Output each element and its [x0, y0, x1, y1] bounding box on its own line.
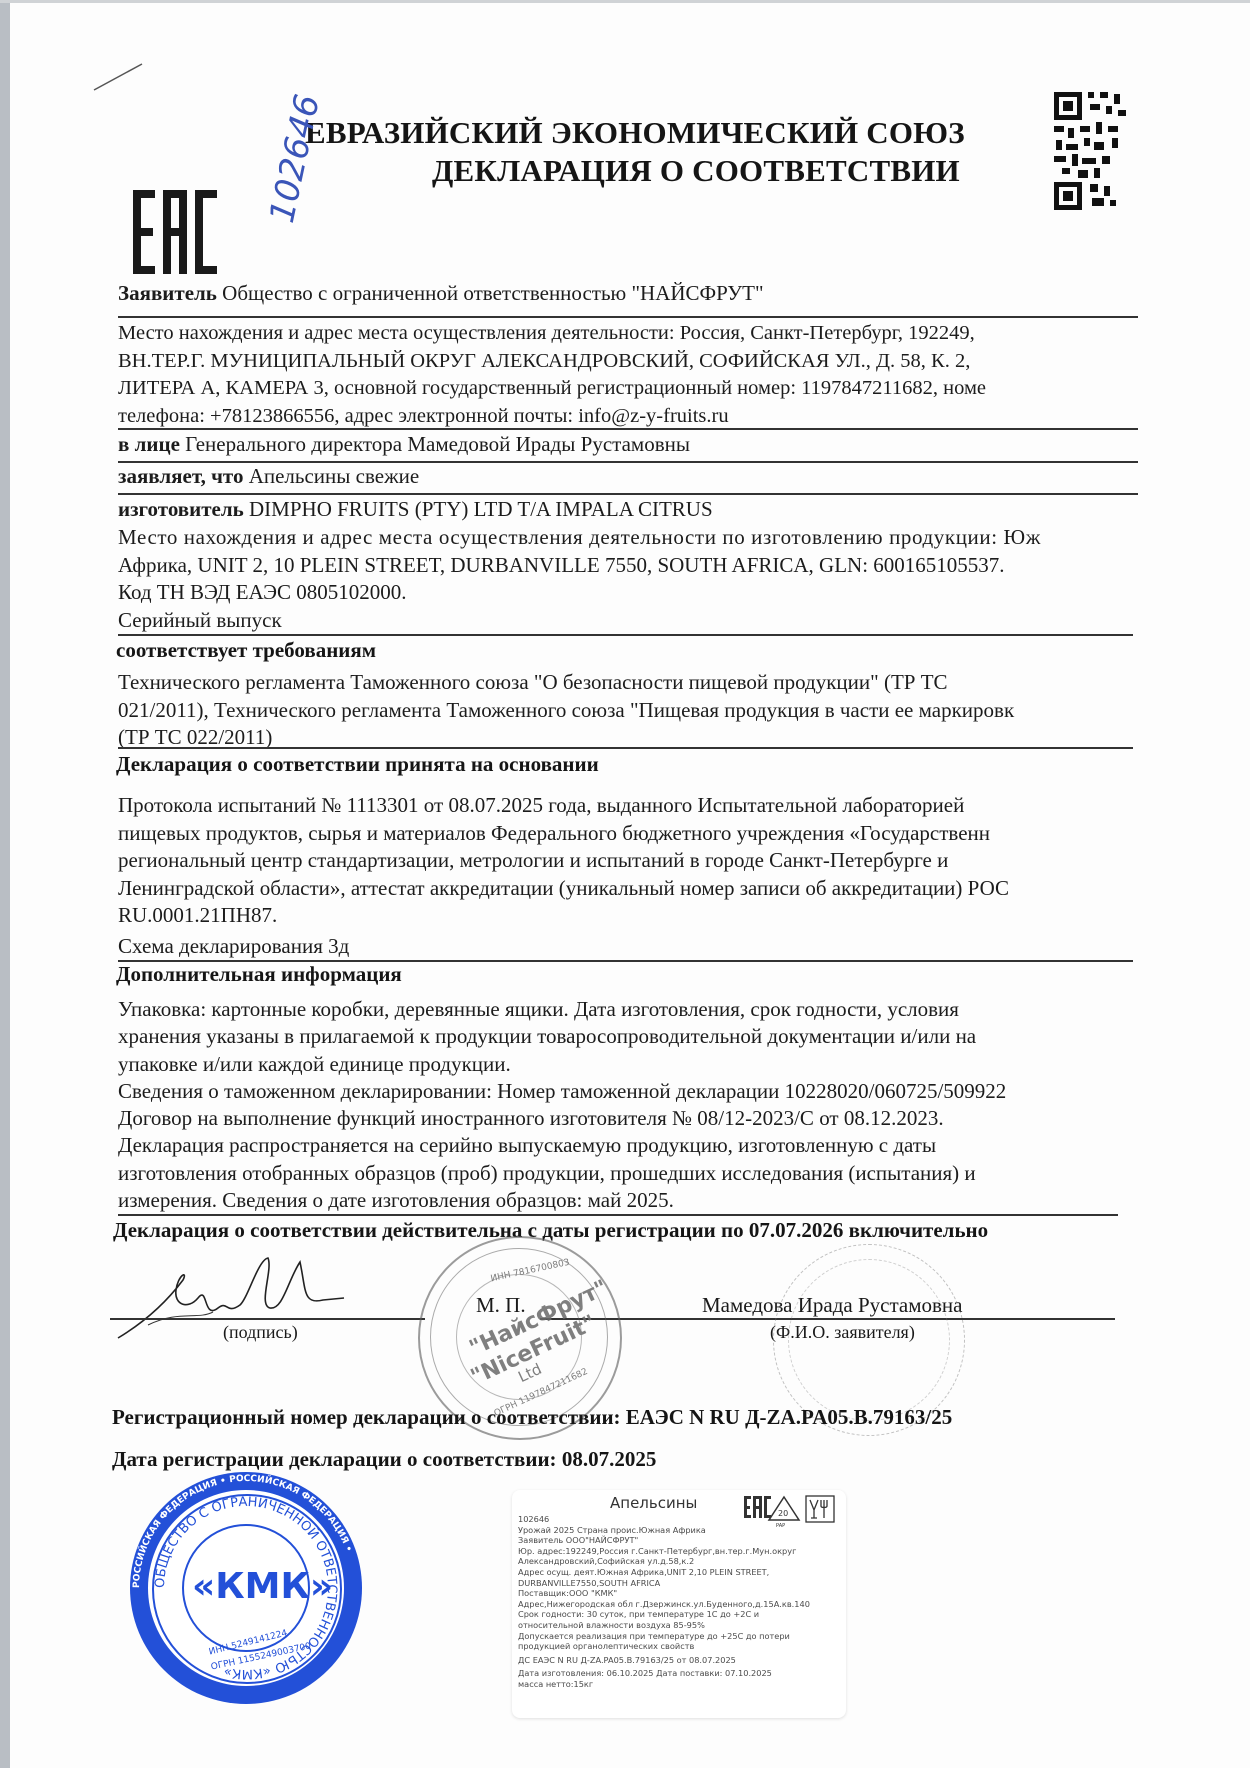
represented-by-value: Генерального директора Мамедовой Ирады Р…	[185, 432, 690, 456]
divider	[118, 428, 1138, 430]
product-label-lines: 102646 Урожай 2025 Страна проис.Южная Аф…	[512, 1514, 810, 1690]
registration-date: 08.07.2025	[562, 1447, 657, 1471]
validity-statement: Декларация о соответствии действительна …	[113, 1218, 988, 1243]
compliance-regulations: Технического регламента Таможенного союз…	[118, 669, 1014, 752]
divider	[118, 493, 1138, 495]
applicant-label: Заявитель	[118, 281, 217, 305]
signature-caption: (подпись)	[223, 1322, 298, 1343]
signature-line	[110, 1318, 425, 1320]
applicant-value: Общество с ограниченной ответственностью…	[222, 281, 763, 305]
registration-date-row: Дата регистрации декларации о соответств…	[112, 1447, 656, 1472]
registration-number-label: Регистрационный номер декларации о соотв…	[112, 1405, 621, 1429]
additional-info-text: Упаковка: картонные коробки, деревянные …	[118, 996, 1006, 1214]
release-type: Серийный выпуск	[118, 607, 282, 634]
header-union-title: ЕВРАЗИЙСКИЙ ЭКОНОМИЧЕСКИЙ СОЮЗ	[305, 115, 965, 151]
represented-by-row: в лице Генерального директора Мамедовой …	[118, 431, 690, 458]
product-name: Апельсины свежие	[249, 464, 419, 488]
declares-row: заявляет, что Апельсины свежие	[118, 463, 419, 490]
divider	[118, 316, 1138, 318]
manufacturer-label: изготовитель	[118, 497, 244, 521]
divider	[118, 1214, 1118, 1216]
manufacturer-value: DIMPHO FRUITS (PTY) LTD T/A IMPALA CITRU…	[249, 497, 713, 521]
scan-mark-stroke	[90, 60, 150, 100]
registration-number-row: Регистрационный номер декларации о соотв…	[112, 1405, 952, 1430]
declares-label: заявляет, что	[118, 464, 243, 488]
kmk-seal: РОССИЙСКАЯ ФЕДЕРАЦИЯ • РОССИЙСКАЯ ФЕДЕРА…	[130, 1472, 362, 1704]
divider	[118, 747, 1133, 749]
applicant-row: Заявитель Общество с ограниченной ответс…	[118, 280, 764, 307]
scan-edge-top	[0, 0, 1250, 3]
declaration-scheme: Схема декларирования 3д	[118, 933, 349, 960]
product-label-title: Апельсины	[610, 1494, 697, 1512]
qr-code-icon	[1052, 86, 1144, 214]
manufacturer-row: изготовитель DIMPHO FRUITS (PTY) LTD T/A…	[118, 496, 713, 523]
scan-edge	[0, 0, 10, 1768]
divider	[118, 634, 1133, 636]
basis-label: Декларация о соответствии принята на осн…	[116, 752, 599, 777]
header-declaration-title: ДЕКЛАРАЦИЯ О СООТВЕТСТВИИ	[432, 153, 960, 189]
product-label-sticker: Апельсины 20 PAP 102646 Урожай 2025 Стра…	[512, 1490, 846, 1718]
food-safe-glass-fork-icon	[806, 1496, 834, 1522]
kmk-seal-center: «КМК»	[192, 1566, 333, 1607]
additional-info-label: Дополнительная информация	[116, 962, 402, 987]
applicant-address: Место нахождения и адрес места осуществл…	[118, 320, 986, 430]
handwritten-number: 102646	[262, 91, 328, 226]
compliance-label: соответствует требованиям	[116, 638, 376, 663]
manufacturer-address: Место нахождения и адрес места осуществл…	[118, 524, 1041, 607]
eac-logo-icon	[133, 190, 219, 274]
registration-number: ЕАЭС N RU Д-ZA.PA05.B.79163/25	[626, 1405, 952, 1429]
basis-text: Протокола испытаний № 1113301 от 08.07.2…	[118, 792, 1009, 930]
represented-by-label: в лице	[118, 432, 180, 456]
registration-date-label: Дата регистрации декларации о соответств…	[112, 1447, 557, 1471]
